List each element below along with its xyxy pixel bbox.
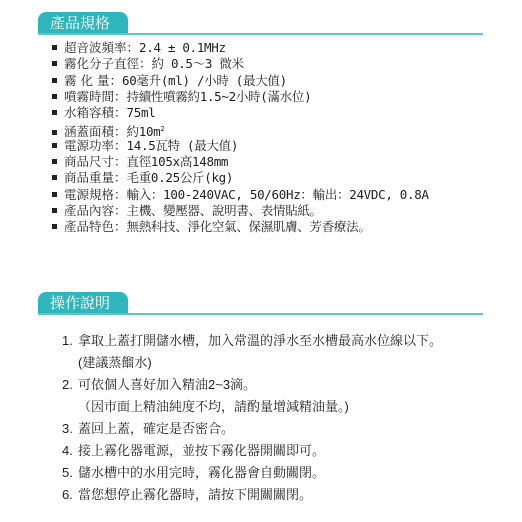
spec-separator: ： (139, 56, 152, 71)
instructions-divider (38, 313, 483, 315)
step-number: 1. (62, 330, 78, 352)
spec-label: 產品內容 (64, 203, 114, 218)
bullet-icon (52, 130, 57, 135)
spec-separator: ： (114, 219, 127, 234)
bullet-icon (52, 192, 57, 197)
spec-label: 商品尺寸 (64, 154, 114, 169)
step-number: 6. (62, 484, 78, 506)
step-5: 5.儲水槽中的水用完時，霧化器會自動關閉。 (62, 462, 442, 484)
specs-tab: 產品規格 (38, 12, 128, 34)
spec-label: 電源規格 (64, 187, 114, 202)
step-text: 當您想停止霧化器時，請按下開關關閉。 (78, 487, 312, 502)
spec-label: 噴霧時間 (64, 89, 114, 104)
spec-list: 超音波頻率：2.4 ± 0.1MHz 霧化分子直徑：約 0.5～3 微米 霧 化… (52, 40, 429, 236)
spec-value: 輸入：100-240VAC, 50/60Hz：輸出：24VDC, 0.8A (127, 187, 429, 202)
spec-separator: ： (114, 89, 127, 104)
instructions-section-header: 操作說明 (38, 292, 483, 315)
spec-label: 商品重量 (64, 170, 114, 185)
step-1-note: (建議蒸餾水) (62, 352, 442, 374)
step-2: 2.可依個人喜好加入精油2~3滴。 (62, 374, 442, 396)
step-text: 可依個人喜好加入精油2~3滴。 (78, 377, 256, 392)
spec-value: 毛重0.25公斤(kg) (127, 170, 234, 185)
spec-value: 持續性噴霧約1.5~2小時(滿水位) (127, 89, 312, 104)
spec-value: 2.4 ± 0.1MHz (139, 40, 226, 55)
spec-separator: ： (114, 187, 127, 202)
spec-value: 直徑105x高148mm (127, 154, 229, 169)
spec-separator: ： (127, 40, 140, 55)
spec-value: 約 0.5～3 微米 (152, 56, 244, 71)
spec-label: 產品特色 (64, 219, 114, 234)
spec-separator: ： (114, 170, 127, 185)
bullet-icon (52, 61, 57, 66)
instruction-steps: 1.拿取上蓋打開儲水槽，加入常溫的淨水至水槽最高水位線以下。 (建議蒸餾水) 2… (62, 330, 442, 506)
step-number: 4. (62, 440, 78, 462)
bullet-icon (52, 78, 57, 83)
spec-separator: ： (114, 138, 127, 153)
spec-value: 無熱科技、淨化空氣、保濕肌膚、芳香療法。 (127, 219, 371, 234)
step-number: 5. (62, 462, 78, 484)
specs-divider (38, 33, 483, 35)
bullet-icon (52, 224, 57, 229)
spec-separator: ： (109, 73, 122, 88)
step-1: 1.拿取上蓋打開儲水槽，加入常溫的淨水至水槽最高水位線以下。 (62, 330, 442, 352)
instructions-tab: 操作說明 (38, 292, 128, 314)
step-text: 拿取上蓋打開儲水槽，加入常溫的淨水至水槽最高水位線以下。 (78, 333, 442, 348)
spec-item-weight: 商品重量：毛重0.25公斤(kg) (52, 170, 429, 186)
spec-value: 主機、變壓器、說明書、表情貼紙。 (127, 203, 322, 218)
spec-item-contents: 產品內容：主機、變壓器、說明書、表情貼紙。 (52, 203, 429, 219)
spec-value: 75ml (127, 105, 156, 120)
spec-label: 霧 化 量 (64, 73, 109, 88)
step-4: 4.接上霧化器電源，並按下霧化器開關即可。 (62, 440, 442, 462)
spec-label: 超音波頻率 (64, 40, 127, 55)
bullet-icon (52, 94, 57, 99)
spec-item-mist-time: 噴霧時間：持續性噴霧約1.5~2小時(滿水位) (52, 89, 429, 105)
step-number: 2. (62, 374, 78, 396)
bullet-icon (52, 110, 57, 115)
bullet-icon (52, 159, 57, 164)
spec-label: 霧化分子直徑 (64, 56, 139, 71)
specs-section-header: 產品規格 (38, 12, 483, 35)
spec-label: 電源功率 (64, 138, 114, 153)
step-text: 接上霧化器電源，並按下霧化器開關即可。 (78, 443, 325, 458)
spec-label: 水箱容積 (64, 105, 114, 120)
step-number: 3. (62, 418, 78, 440)
bullet-icon (52, 175, 57, 180)
bullet-icon (52, 45, 57, 50)
bullet-icon (52, 208, 57, 213)
superscript: 2 (160, 125, 164, 133)
spec-item-features: 產品特色：無熱科技、淨化空氣、保濕肌膚、芳香療法。 (52, 219, 429, 235)
spec-item-frequency: 超音波頻率：2.4 ± 0.1MHz (52, 40, 429, 56)
step-6: 6.當您想停止霧化器時，請按下開關關閉。 (62, 484, 442, 506)
bullet-icon (52, 143, 57, 148)
spec-item-dimensions: 商品尺寸：直徑105x高148mm (52, 154, 429, 170)
step-text: 儲水槽中的水用完時，霧化器會自動關閉。 (78, 465, 325, 480)
step-2-note: （因市面上精油純度不均，請酌量增減精油量。) (62, 396, 442, 418)
spec-value: 14.5瓦特 (最大值) (127, 138, 239, 153)
spec-separator: ： (114, 154, 127, 169)
spec-separator: ： (114, 203, 127, 218)
spec-item-coverage-area: 涵蓋面積：約10m2 (52, 121, 429, 137)
spec-item-mist-output: 霧 化 量：60毫升(ml) /小時 (最大值) (52, 73, 429, 89)
spec-item-power: 電源功率：14.5瓦特 (最大值) (52, 138, 429, 154)
spec-item-particle-diameter: 霧化分子直徑：約 0.5～3 微米 (52, 56, 429, 72)
step-text: 蓋回上蓋，確定是否密合。 (78, 421, 234, 436)
spec-item-tank-capacity: 水箱容積：75ml (52, 105, 429, 121)
spec-item-power-spec: 電源規格：輸入：100-240VAC, 50/60Hz：輸出：24VDC, 0.… (52, 187, 429, 203)
step-3: 3.蓋回上蓋，確定是否密合。 (62, 418, 442, 440)
spec-separator: ： (114, 105, 127, 120)
spec-value: 60毫升(ml) /小時 (最大值) (122, 73, 287, 88)
